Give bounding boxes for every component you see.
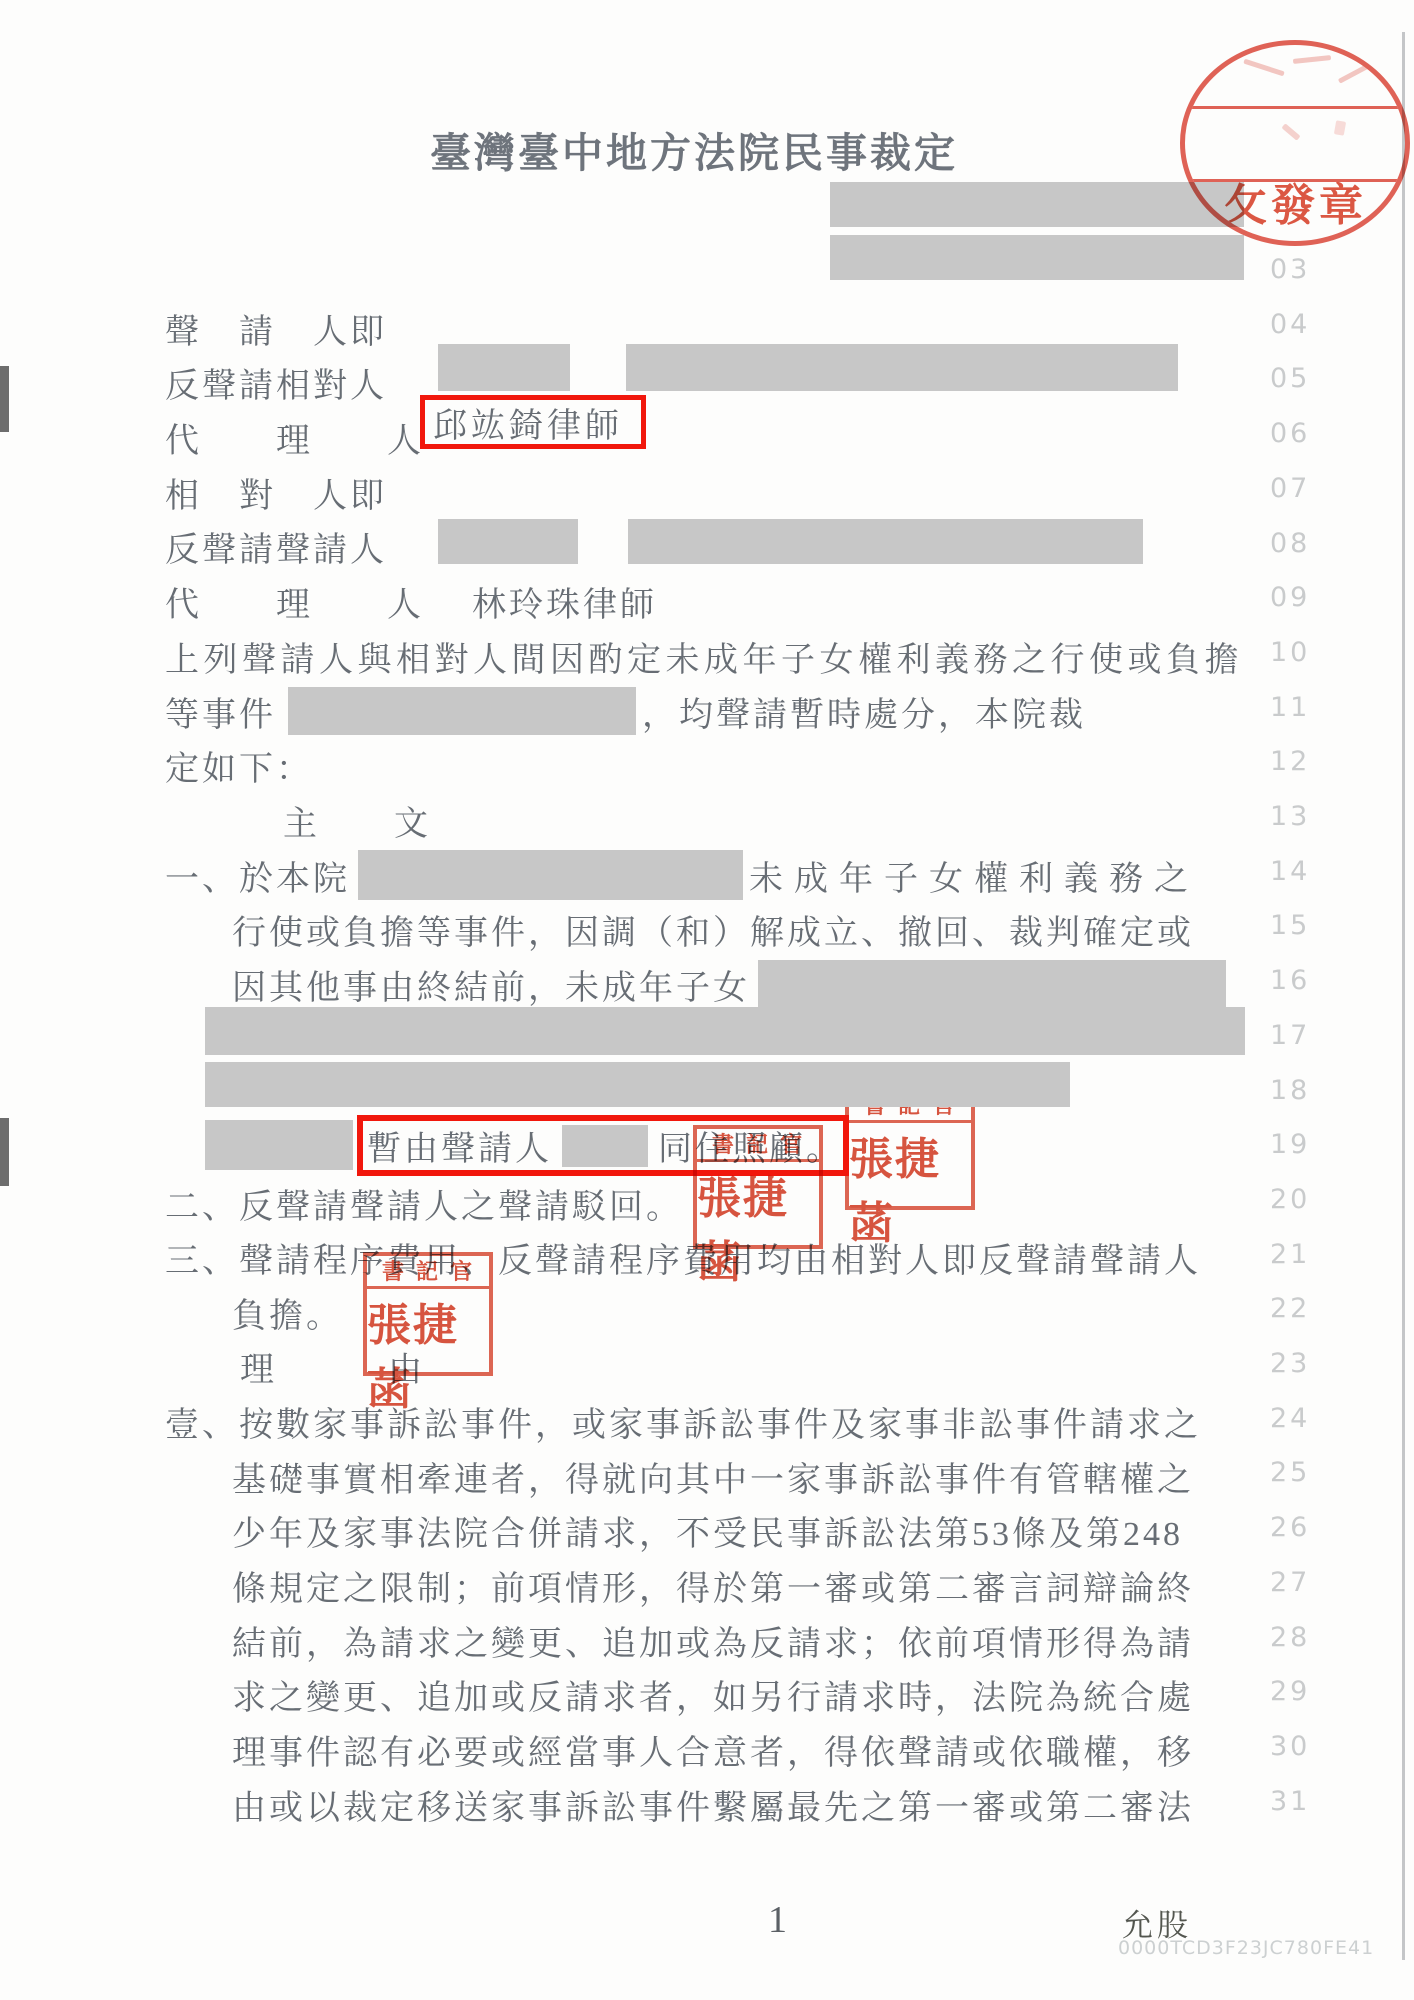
body-line: 因其他事由終結前，未成年子女 xyxy=(232,959,1226,1009)
document-title: 臺灣臺中地方法院民事裁定 xyxy=(430,120,958,179)
body-line: 上列聲請人與相對人間因酌定未成年子女權利義務之行使或負擔 xyxy=(165,631,1243,681)
line-number: 18 xyxy=(1270,1075,1310,1106)
body-line: 結前，為請求之變更、追加或為反請求；依前項情形得為請 xyxy=(232,1615,1194,1665)
redaction-inline xyxy=(205,1120,353,1170)
redaction-inline xyxy=(562,1125,648,1167)
binder-mark xyxy=(0,1118,9,1186)
party-label: 聲 請 人即 xyxy=(165,304,387,353)
body-text: 未成年子女權利義務之 xyxy=(749,851,1199,900)
redaction-bar xyxy=(205,1062,1070,1107)
line-number: 08 xyxy=(1270,528,1310,559)
body-text: 負擔。 xyxy=(232,1288,343,1337)
clerk-seal-title: 書記官 xyxy=(367,1256,489,1289)
line-number: 20 xyxy=(1270,1184,1310,1215)
line-number: 03 xyxy=(1270,254,1310,285)
line-number: 15 xyxy=(1270,910,1310,941)
line-number: 27 xyxy=(1270,1567,1310,1598)
body-text: 基礎事實相牽連者，得就向其中一家事訴訟事件有管轄權之 xyxy=(232,1452,1194,1501)
line-number: 24 xyxy=(1270,1403,1310,1434)
body-text: ，均聲請暫時處分，本院裁 xyxy=(642,687,1086,736)
body-text: 一、於本院 xyxy=(165,851,350,900)
body-text: 理事件認有必要或經當事人合意者，得依聲請或依職權，移 xyxy=(232,1725,1194,1774)
body-text: 少年及家事法院合併請求，不受民事訴訟法第53條及第248 xyxy=(232,1506,1183,1555)
line-number: 30 xyxy=(1270,1731,1310,1762)
body-line: 定如下： xyxy=(165,740,313,790)
body-line: 等事件 ，均聲請暫時處分，本院裁 xyxy=(165,686,1086,736)
seal-smudge xyxy=(1334,120,1346,136)
body-text: 主 文 xyxy=(283,796,431,845)
body-text: 因其他事由終結前，未成年子女 xyxy=(232,960,750,1009)
body-text: 上列聲請人與相對人間因酌定未成年子女權利義務之行使或負擔 xyxy=(165,632,1243,681)
body-line: 求之變更、追加或反請求者，如另行請求時，法院為統合處 xyxy=(232,1669,1194,1719)
redaction-name xyxy=(628,519,1143,564)
line-number: 10 xyxy=(1270,637,1310,668)
body-text: 結前，為請求之變更、追加或為反請求；依前項情形得為請 xyxy=(232,1616,1194,1665)
party-label: 反聲請聲請人 xyxy=(165,522,387,571)
line-number: 22 xyxy=(1270,1293,1310,1324)
line-number: 11 xyxy=(1270,692,1310,723)
redaction-bar xyxy=(830,182,1244,227)
redaction-inline xyxy=(758,960,1226,1008)
party-label: 代 理 人 xyxy=(165,413,424,462)
line-number: 05 xyxy=(1270,363,1310,394)
body-text: 由或以裁定移送家事訴訟事件繫屬最先之第一審或第二審法 xyxy=(232,1780,1194,1829)
body-line: 壹、按數家事訴訟事件，或家事訴訟事件及家事非訟事件請求之 xyxy=(165,1396,1201,1446)
line-number: 14 xyxy=(1270,856,1310,887)
body-line: 條規定之限制；前項情形，得於第一審或第二審言詞辯論終 xyxy=(232,1560,1194,1610)
attorney-name: 邱竑錡律師 xyxy=(433,398,623,447)
redaction-bar xyxy=(205,1007,1245,1055)
attorney-name: 林玲珠律師 xyxy=(472,577,657,626)
body-line: 少年及家事法院合併請求，不受民事訴訟法第53條及第248 xyxy=(232,1505,1183,1555)
seal-text: 攵發章 xyxy=(1185,169,1405,233)
seal-smudge xyxy=(1293,55,1331,64)
line-number: 25 xyxy=(1270,1457,1310,1488)
body-line: 行使或負擔等事件，因調（和）解成立、撤回、裁判確定或 xyxy=(232,904,1194,954)
line-number: 26 xyxy=(1270,1512,1310,1543)
line-number: 29 xyxy=(1270,1676,1310,1707)
body-line: 二、反聲請聲請人之聲請駁回。 xyxy=(165,1178,683,1228)
line-number: 19 xyxy=(1270,1129,1310,1160)
line-number: 13 xyxy=(1270,801,1310,832)
seal-divider-line xyxy=(1185,106,1405,109)
redaction-inline xyxy=(358,850,743,900)
line-number: 07 xyxy=(1270,473,1310,504)
body-text: 暫由聲請人 xyxy=(367,1121,552,1170)
party-label: 反聲請相對人 xyxy=(165,358,387,407)
body-line: 由或以裁定移送家事訴訟事件繫屬最先之第一審或第二審法 xyxy=(232,1779,1194,1829)
body-line: 負擔。 xyxy=(232,1287,343,1337)
line-number: 23 xyxy=(1270,1348,1310,1379)
line-number: 17 xyxy=(1270,1020,1310,1051)
line-number: 16 xyxy=(1270,965,1310,996)
scan-edge-line xyxy=(1402,32,1405,1960)
party-label: 相 對 人即 xyxy=(165,468,387,517)
body-text: 行使或負擔等事件，因調（和）解成立、撤回、裁判確定或 xyxy=(232,905,1194,954)
body-text: 壹、按數家事訴訟事件，或家事訴訟事件及家事非訟事件請求之 xyxy=(165,1397,1201,1446)
line-number: 06 xyxy=(1270,418,1310,449)
body-text: 二、反聲請聲請人之聲請駁回。 xyxy=(165,1179,683,1228)
redaction-name xyxy=(438,519,578,564)
redaction-name xyxy=(438,344,570,391)
body-text: 條規定之限制；前項情形，得於第一審或第二審言詞辯論終 xyxy=(232,1561,1194,1610)
body-text: 三、聲請程序費用、反聲請程序費用均由相對人即反聲請聲請人 xyxy=(165,1233,1201,1282)
party-row-respondent: 相 對 人即 xyxy=(165,467,387,517)
body-line: 三、聲請程序費用、反聲請程序費用均由相對人即反聲請聲請人 xyxy=(165,1232,1201,1282)
line-number: 12 xyxy=(1270,746,1310,777)
page-number: 1 xyxy=(768,1898,787,1942)
line-number: 09 xyxy=(1270,582,1310,613)
line-number: 31 xyxy=(1270,1786,1310,1817)
party-row-counter-applicant: 反聲請聲請人 xyxy=(165,521,387,571)
document-code-watermark: 0000TCD3F23JC780FE41 xyxy=(1118,1937,1374,1959)
seal-smudge xyxy=(1281,123,1300,140)
body-line: 基礎事實相牽連者，得就向其中一家事訴訟事件有管轄權之 xyxy=(232,1451,1194,1501)
section-heading-main-text: 主 文 xyxy=(283,795,431,845)
body-line: 理事件認有必要或經當事人合意者，得依聲請或依職權，移 xyxy=(232,1724,1194,1774)
body-text: 等事件 xyxy=(165,687,276,736)
clerk-seal: 書記官 張捷菡 xyxy=(693,1125,823,1249)
clerk-seal-name: 張捷菡 xyxy=(849,1123,971,1251)
clerk-seal-name: 張捷菡 xyxy=(697,1162,819,1290)
party-row-attorney: 代 理 人 xyxy=(165,412,424,462)
court-receipt-seal: 攵發章 xyxy=(1180,40,1410,246)
clerk-seal-name: 張捷菡 xyxy=(367,1289,489,1417)
highlight-box-attorney: 邱竑錡律師 xyxy=(420,395,646,449)
body-line: 一、於本院 未成年子女權利義務之 xyxy=(165,850,1199,900)
body-text: 求之變更、追加或反請求者，如另行請求時，法院為統合處 xyxy=(232,1670,1194,1719)
clerk-seal-title: 書記官 xyxy=(697,1129,819,1162)
party-row-attorney2: 代 理 人 林玲珠律師 xyxy=(165,576,657,626)
clerk-seal: 書記官 張捷菡 xyxy=(363,1252,493,1376)
party-label: 代 理 人 xyxy=(165,577,424,626)
scanned-court-document: 臺灣臺中地方法院民事裁定 攵發章 聲 請 人即 反聲請相對人 代 理 人 邱竑錡… xyxy=(0,0,1414,2000)
line-number: 28 xyxy=(1270,1622,1310,1653)
seal-smudge xyxy=(1243,59,1284,77)
party-row-applicant: 聲 請 人即 xyxy=(165,303,387,353)
party-row-counter-respondent: 反聲請相對人 xyxy=(165,357,387,407)
redaction-inline xyxy=(288,687,636,735)
line-number: 21 xyxy=(1270,1239,1310,1270)
seal-smudge xyxy=(1338,63,1370,83)
body-text: 定如下： xyxy=(165,741,313,790)
line-number: 04 xyxy=(1270,309,1310,340)
binder-mark xyxy=(0,366,9,432)
redaction-name xyxy=(626,344,1178,391)
redaction-bar xyxy=(830,235,1244,280)
